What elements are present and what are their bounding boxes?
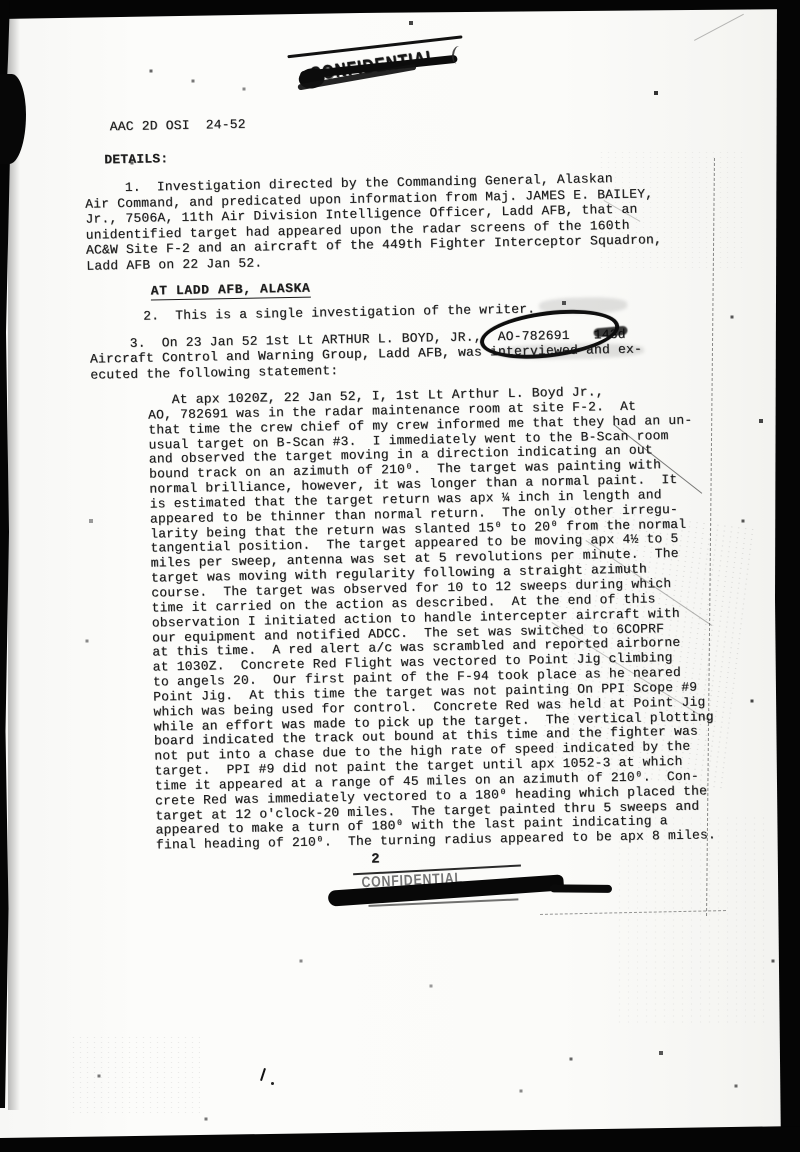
paragraph-1: 1. Investigation directed by the Command… bbox=[85, 170, 663, 274]
scanned-document-page: AAC 2D OSI 24-52 DETAILS: 1. Investigati… bbox=[0, 0, 800, 1152]
document-content: AAC 2D OSI 24-52 DETAILS: 1. Investigati… bbox=[0, 0, 800, 1152]
ink-blob-tail bbox=[550, 884, 612, 893]
stray-pen-mark bbox=[451, 45, 465, 64]
witness-statement: At apx 1020Z, 22 Jan 52, I, 1st Lt Arthu… bbox=[148, 383, 716, 853]
stray-pen-mark bbox=[271, 1082, 274, 1085]
details-heading: DETAILS: bbox=[104, 151, 168, 167]
section-heading-text: AT LADD AFB, ALASKA bbox=[151, 281, 311, 301]
paragraph-2: 2. This is a single investigation of the… bbox=[87, 301, 535, 324]
ink-smudge bbox=[539, 297, 627, 315]
section-heading-ladd-afb: AT LADD AFB, ALASKA bbox=[151, 281, 311, 299]
case-number: AAC 2D OSI 24-52 bbox=[110, 117, 246, 134]
scan-edge-shadow bbox=[8, 0, 20, 1110]
page-number: 2 bbox=[371, 851, 380, 867]
